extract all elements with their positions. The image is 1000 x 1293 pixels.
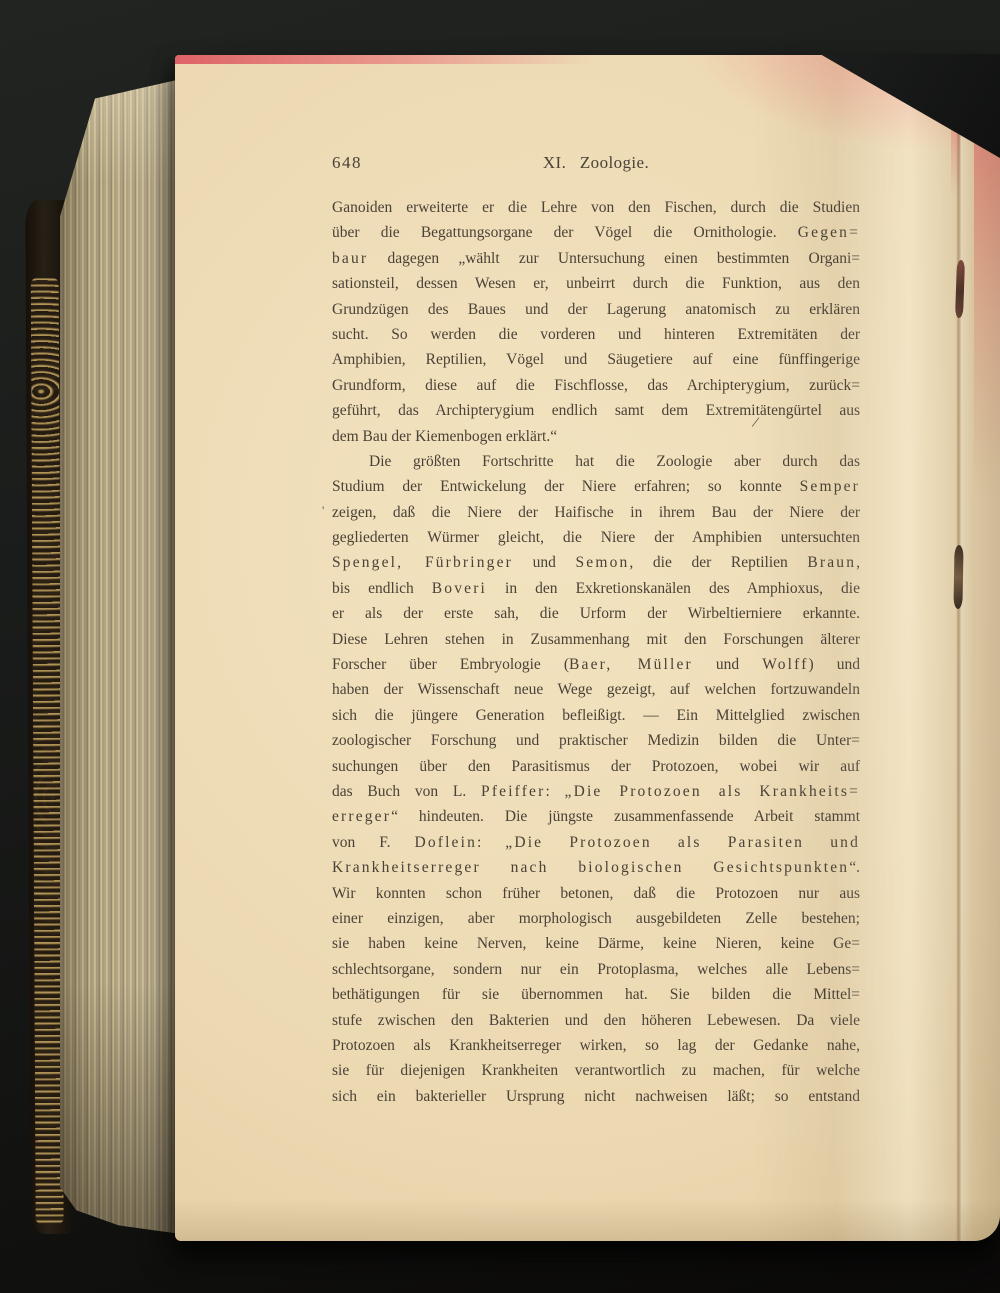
body-text-segment: Wir konnten schon früher betonen, daß di…: [332, 885, 860, 902]
body-text-segment: Grundform, diese auf die Fischflosse, da…: [332, 377, 860, 394]
page-header: 648 XI. Zoologie.: [332, 153, 860, 177]
body-text-segment: stufe zwischen den Bakterien und den höh…: [332, 1012, 860, 1029]
text-line: sie haben keine Nerven, keine Därme, kei…: [332, 931, 860, 956]
text-line: haben der Wissenschaft neue Wege gezeigt…: [332, 677, 860, 702]
spaced-name-text: Baer, Müller: [569, 656, 693, 673]
spaced-name-text: Krankheitserreger nach biologischen Gesi…: [332, 859, 849, 876]
body-text-segment: sich ein bakterieller Ursprung nicht nac…: [332, 1088, 860, 1105]
body-text-segment: zoologischer Forschung und praktischer M…: [332, 732, 860, 749]
text-line: Wir konnten schon früher betonen, daß di…: [332, 881, 860, 906]
gutter-crease: [956, 55, 961, 1241]
body-text-segment: gegliederten Würmer gleicht, die Niere d…: [332, 529, 860, 546]
spaced-name-text: Spengel, Fürbringer: [332, 554, 513, 571]
spaced-name-text: Gegen=: [798, 224, 860, 241]
spaced-name-text: baur: [332, 250, 368, 267]
text-line: Grundform, diese auf die Fischflosse, da…: [332, 373, 860, 398]
text-line: über die Begattungsorgane der Vögel die …: [332, 220, 860, 245]
body-text-segment: sucht. So werden die vorderen und hinter…: [332, 326, 860, 343]
stacked-page-edges: [60, 80, 177, 1238]
spaced-name-text: Boveri: [432, 580, 487, 597]
body-text-segment: :: [477, 834, 505, 851]
text-line: suchungen über den Parasitismus der Prot…: [332, 754, 860, 779]
text-line: bis endlich Boveri in den Exkretionskanä…: [332, 576, 860, 601]
text-line: das Buch von L. Pfeiffer: „Die Protozoen…: [332, 779, 860, 804]
body-text-segment: Diese Lehren stehen in Zusammenhang mit …: [332, 631, 860, 648]
body-text-segment: dagegen „wählt zur Untersuchung einen be…: [368, 250, 860, 267]
spaced-name-text: Braun: [807, 554, 856, 571]
body-text-segment: zeigen, daß die Niere der Haifische in i…: [332, 504, 860, 521]
text-line: einer einzigen, aber morphologisch ausge…: [332, 906, 860, 931]
spaced-name-text: erreger: [332, 808, 391, 825]
body-text-segment: in den Exkretionskanälen des Amphioxus, …: [487, 580, 860, 597]
spaced-name-text: „Die Protozoen als Parasiten und: [505, 834, 860, 851]
body-text-segment: von F.: [332, 834, 414, 851]
text-line: bethätigungen für sie übernommen hat. Si…: [332, 982, 860, 1007]
body-text-segment: und: [693, 656, 762, 673]
body-text-segment: Grundzügen des Baues und der Lagerung an…: [332, 301, 860, 318]
body-text-segment: bethätigungen für sie übernommen hat. Si…: [332, 986, 860, 1003]
stray-tick-mark: ': [322, 503, 324, 519]
text-line: von F. Doflein: „Die Protozoen als Paras…: [332, 830, 860, 855]
pink-dyed-top-edge: [175, 55, 595, 64]
text-line: sich die jüngere Generation befleißigt. …: [332, 703, 860, 728]
text-line: sie für diejenigen Krankheiten verantwor…: [332, 1058, 860, 1083]
body-text-segment: “ hindeuten. Die jüngste zusammenfassend…: [391, 808, 860, 825]
text-line: zoologischer Forschung und praktischer M…: [332, 728, 860, 753]
body-text-segment: schlechtsorgane, sondern nur ein Protopl…: [332, 961, 860, 978]
text-line: sationsteil, dessen Wesen er, unbeirrt d…: [332, 271, 860, 296]
body-text-segment: haben der Wissenschaft neue Wege gezeigt…: [332, 681, 860, 698]
text-line: erreger“ hindeuten. Die jüngste zusammen…: [332, 804, 860, 829]
text-line: Spengel, Fürbringer und Semon, die der R…: [332, 550, 860, 575]
body-text-segment: und: [513, 554, 576, 571]
body-text-segment: suchungen über den Parasitismus der Prot…: [332, 758, 860, 775]
text-line: Grundzügen des Baues und der Lagerung an…: [332, 297, 860, 322]
stain-spot-upper: [955, 260, 965, 318]
text-line: Studium der Entwickelung der Niere erfah…: [332, 474, 860, 499]
text-line: sich ein bakterieller Ursprung nicht nac…: [332, 1084, 860, 1109]
marbled-cover-pattern: [31, 278, 64, 1224]
text-line: Krankheitserreger nach biologischen Gesi…: [332, 855, 860, 880]
spaced-name-text: Pfeiffer: [481, 783, 545, 800]
body-text-segment: sich die jüngere Generation befleißigt. …: [332, 707, 860, 724]
body-text-segment: “.: [849, 859, 860, 876]
spaced-name-text: Doflein: [414, 834, 477, 851]
gutter-highlight: [961, 55, 973, 1241]
spaced-name-text: Semper: [800, 478, 860, 495]
body-text-segment: , die der Reptilien: [629, 554, 807, 571]
body-text-segment: ,: [856, 554, 860, 571]
text-line: gegliederten Würmer gleicht, die Niere d…: [332, 525, 860, 550]
text-line: baur dagegen „wählt zur Untersuchung ein…: [332, 246, 860, 271]
spaced-name-text: Wolff: [762, 656, 808, 673]
text-line: dem Bau der Kiemenbogen erklärt.“: [332, 424, 860, 449]
body-text-segment: über die Begattungsorgane der Vögel die …: [332, 224, 798, 241]
running-header: XI. Zoologie.: [332, 153, 860, 173]
text-line: Diese Lehren stehen in Zusammenhang mit …: [332, 627, 860, 652]
body-text-segment: sationsteil, dessen Wesen er, unbeirrt d…: [332, 275, 860, 292]
stain-spot-lower: [953, 545, 963, 609]
body-text-segment: dem Bau der Kiemenbogen erklärt.“: [332, 428, 557, 445]
text-line: stufe zwischen den Bakterien und den höh…: [332, 1008, 860, 1033]
photo-of-open-book: 648 XI. Zoologie. Ganoiden erweiterte er…: [0, 0, 1000, 1293]
body-text-segment: ) und: [809, 656, 860, 673]
body-text-segment: Forscher über Embryologie (: [332, 656, 569, 673]
body-text-segment: sie haben keine Nerven, keine Därme, kei…: [332, 935, 860, 952]
body-text-segment: :: [545, 783, 564, 800]
spaced-name-text: „Die Protozoen als Krankheits=: [565, 783, 860, 800]
body-text-segment: geführt, das Archipterygium endlich samt…: [332, 402, 860, 419]
body-text-segment: Ganoiden erweiterte er die Lehre von den…: [332, 199, 860, 216]
body-text-segment: Protozoen als Krankheitserreger wirken, …: [332, 1037, 860, 1054]
text-line: geführt, das Archipterygium endlich samt…: [332, 398, 860, 423]
body-text-segment: Amphibien, Reptilien, Vögel und Säugetie…: [332, 351, 860, 368]
body-text-segment: bis endlich: [332, 580, 432, 597]
body-text-segment: das Buch von L.: [332, 783, 481, 800]
text-line: Ganoiden erweiterte er die Lehre von den…: [332, 195, 860, 220]
text-line: zeigen, daß die Niere der Haifische in i…: [332, 500, 860, 525]
body-text-segment: Die größten Fortschritte hat die Zoologi…: [369, 453, 860, 470]
text-line: er als der erste sah, die Urform der Wir…: [332, 601, 860, 626]
text-line: Forscher über Embryologie (Baer, Müller …: [332, 652, 860, 677]
text-line: Die größten Fortschritte hat die Zoologi…: [332, 449, 860, 474]
book-page: 648 XI. Zoologie. Ganoiden erweiterte er…: [175, 55, 1000, 1241]
pink-stain-right-edge: [974, 107, 1000, 497]
spaced-name-text: Semon: [576, 554, 630, 571]
text-line: sucht. So werden die vorderen und hinter…: [332, 322, 860, 347]
text-line: Amphibien, Reptilien, Vögel und Säugetie…: [332, 347, 860, 372]
body-text-segment: einer einzigen, aber morphologisch ausge…: [332, 910, 860, 927]
text-line: schlechtsorgane, sondern nur ein Protopl…: [332, 957, 860, 982]
body-text-segment: er als der erste sah, die Urform der Wir…: [332, 605, 860, 622]
body-text-segment: sie für diejenigen Krankheiten verantwor…: [332, 1062, 860, 1079]
body-text-segment: Studium der Entwickelung der Niere erfah…: [332, 478, 800, 495]
text-line: Protozoen als Krankheitserreger wirken, …: [332, 1033, 860, 1058]
page-body: Ganoiden erweiterte er die Lehre von den…: [332, 195, 860, 1109]
